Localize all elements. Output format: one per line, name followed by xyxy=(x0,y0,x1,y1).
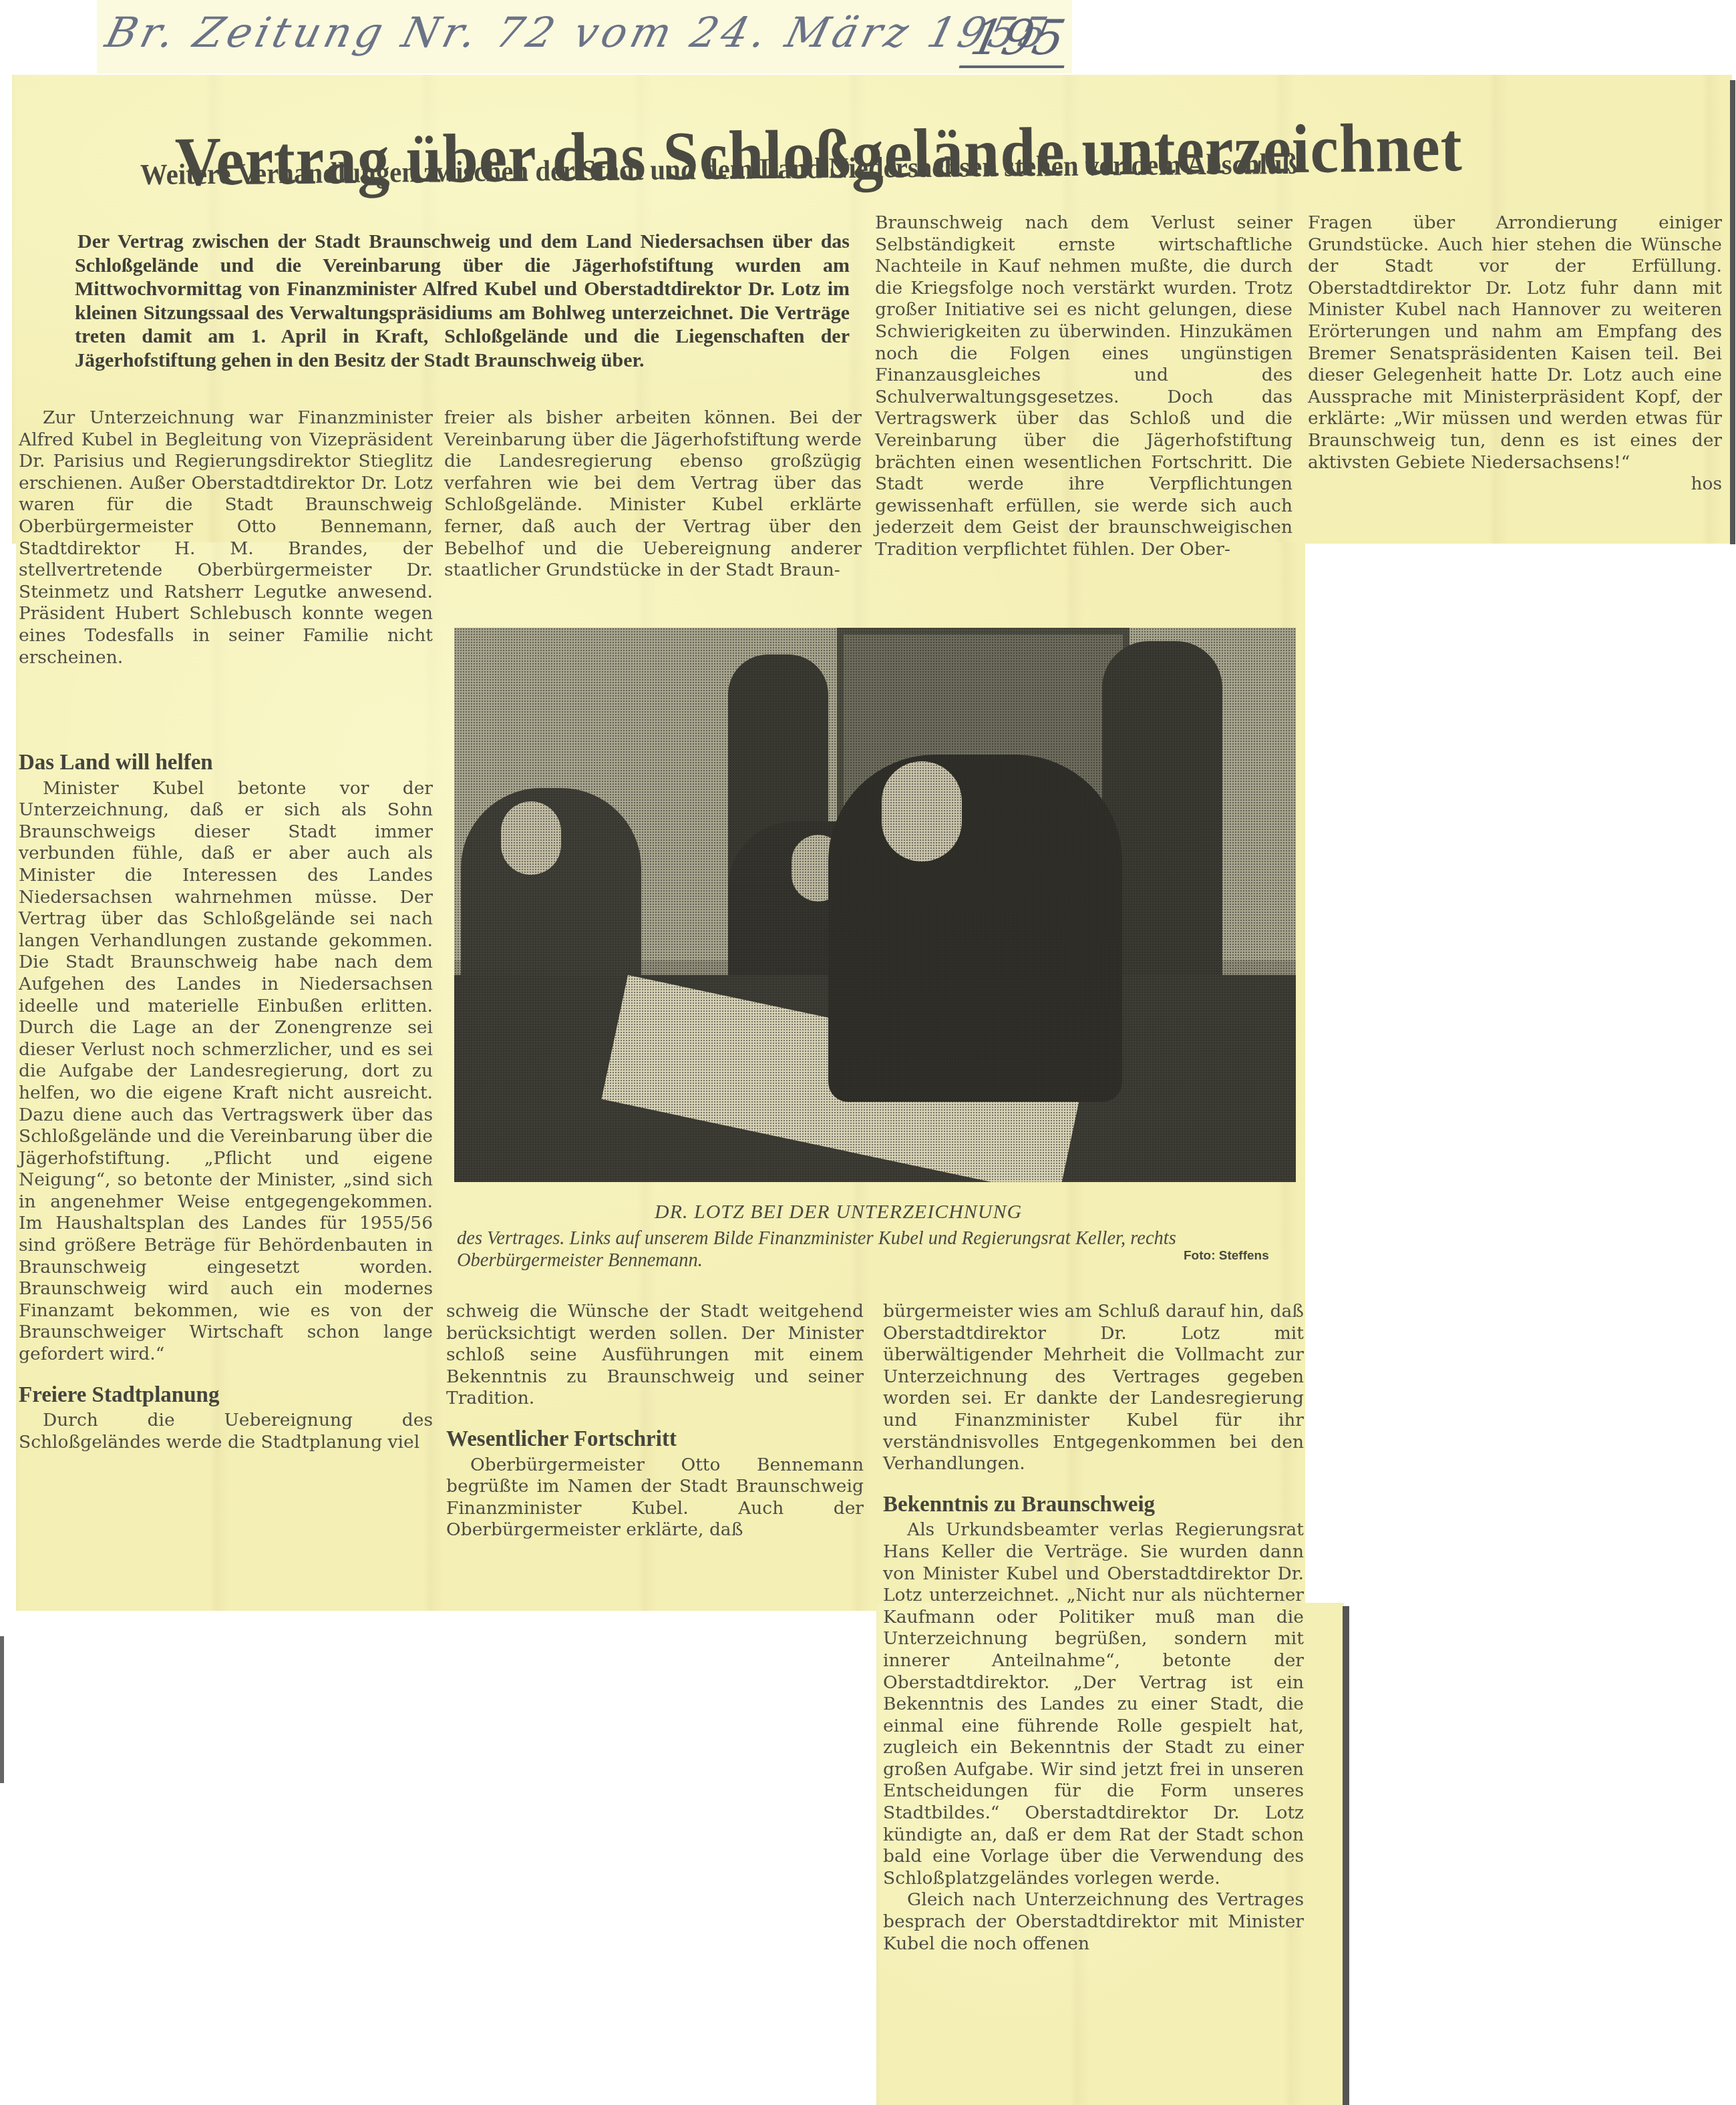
news-photo xyxy=(454,628,1296,1182)
subheading-freiere-stadtplanung: Freiere Stadtplanung xyxy=(19,1384,433,1406)
subheading-wesentlicher-fortschritt: Wesentlicher Fortschritt xyxy=(446,1428,864,1451)
paragraph: schweig die Wünsche der Stadt weitgehend… xyxy=(446,1301,864,1410)
paragraph: Zur Unterzeichnung war Finanzminister Al… xyxy=(19,407,433,668)
column-1-intro: Zur Unterzeichnung war Finanzminister Al… xyxy=(19,407,433,668)
paragraph: bürgermeister wies am Schluß darauf hin,… xyxy=(883,1301,1304,1475)
clipping-edge-shadow xyxy=(0,1636,4,1783)
column-2-lower: schweig die Wünsche der Stadt weitgehend… xyxy=(446,1301,864,1541)
column-3-top: Braunschweig nach dem Verlust seiner Sel… xyxy=(875,212,1292,561)
subheading-bekenntnis-zu-braunschweig: Bekenntnis zu Braunschweig xyxy=(883,1494,1304,1516)
paragraph: Fragen über Arrondierung einiger Grundst… xyxy=(1308,212,1722,473)
clipping-edge-shadow xyxy=(1730,80,1735,544)
photo-caption: des Vertrages. Links auf unserem Bilde F… xyxy=(457,1227,1295,1272)
paragraph: freier als bisher arbeiten können. Bei d… xyxy=(444,407,862,582)
article-lead: Der Vertrag zwischen der Stadt Braunschw… xyxy=(75,230,850,372)
paragraph: Braunschweig nach dem Verlust seiner Sel… xyxy=(875,212,1292,561)
column-2-top: freier als bisher arbeiten können. Bei d… xyxy=(444,407,862,582)
column-3-lower: bürgermeister wies am Schluß darauf hin,… xyxy=(883,1301,1304,1955)
subheading-das-land-will-helfen: Das Land will helfen xyxy=(19,752,433,774)
paragraph: Durch die Uebereignung des Schloßgelände… xyxy=(19,1410,433,1453)
paragraph: Als Urkundsbeamter verlas Regierungsrat … xyxy=(883,1519,1304,1889)
author-signature: hos xyxy=(1308,473,1722,496)
column-4-top: Fragen über Arrondierung einiger Grundst… xyxy=(1308,212,1722,496)
column-1-lower: Das Land will helfen Minister Kubel beto… xyxy=(19,733,433,1453)
paragraph: Oberbürgermeister Otto Bennemann begrüßt… xyxy=(446,1455,864,1541)
photo-caption-title: DR. LOTZ BEI DER UNTERZEICHNUNG xyxy=(655,1201,1022,1223)
paragraph: Minister Kubel betonte vor der Unterzeic… xyxy=(19,778,433,1366)
clipping-edge-shadow xyxy=(1343,1606,1349,2105)
photo-halftone xyxy=(454,628,1296,1182)
handwritten-source-note: Br. Zeitung Nr. 72 vom 24. März 1955 xyxy=(101,8,1056,57)
handwritten-page-number: 195 xyxy=(959,9,1077,68)
paragraph: Gleich nach Unterzeichnung des Vertrages… xyxy=(883,1889,1304,1955)
photo-credit: Foto: Steffens xyxy=(1184,1249,1269,1264)
